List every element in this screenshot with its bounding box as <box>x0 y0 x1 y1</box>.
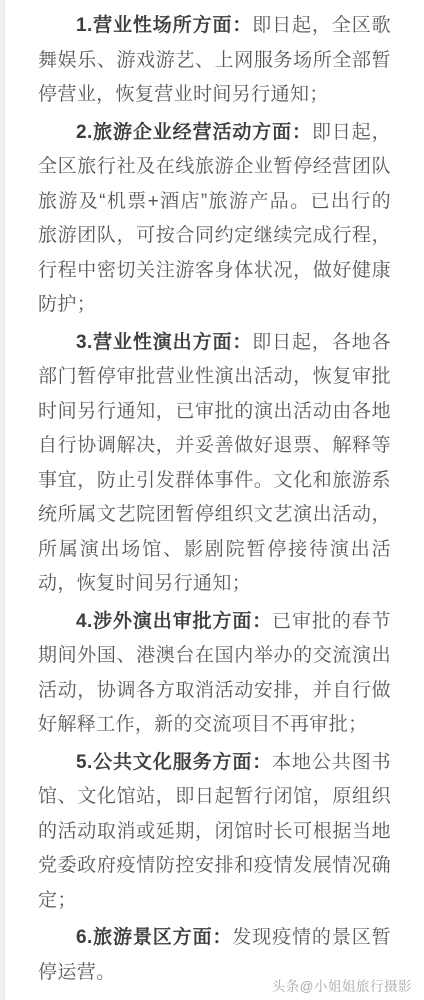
article-body: 1.营业性场所方面：即日起，全区歌舞娱乐、游戏游艺、上网服务场所全部暂停营业，恢… <box>0 0 424 993</box>
paragraph-1-lead: 1.营业性场所方面： <box>76 15 252 36</box>
toutiao-watermark: 头条@小姐姐旅行摄影 <box>272 975 412 995</box>
paragraph-3-lead: 3.营业性演出方面： <box>76 332 252 353</box>
paragraph-5-lead: 5.公共文化服务方面： <box>76 752 272 773</box>
paragraph-3: 3.营业性演出方面：即日起，各地各部门暂停审批营业性演出活动，恢复审批时间另行通… <box>38 326 391 602</box>
paragraph-4-lead: 4.涉外演出审批方面： <box>76 611 272 632</box>
paragraph-6-lead: 6.旅游景区方面： <box>76 927 232 948</box>
paragraph-5-text: 本地公共图书馆、文化馆站，即日起暂行闭馆，原组织的活动取消或延期，闭馆时长可根据… <box>38 752 391 911</box>
paragraph-2-text: 即日起，全区旅行社及在线旅游企业暂停经营团队旅游及“机票+酒店”旅游产品。已出行… <box>38 122 391 316</box>
paragraph-1: 1.营业性场所方面：即日起，全区歌舞娱乐、游戏游艺、上网服务场所全部暂停营业，恢… <box>38 9 391 113</box>
paragraph-3-text: 即日起，各地各部门暂停审批营业性演出活动，恢复审批时间另行通知，已审批的演出活动… <box>38 332 391 595</box>
paragraph-4: 4.涉外演出审批方面：已审批的春节期间外国、港澳台在国内举办的交流演出活动，协调… <box>38 605 391 743</box>
paragraph-2-lead: 2.旅游企业经营活动方面： <box>76 122 312 143</box>
paragraph-5: 5.公共文化服务方面：本地公共图书馆、文化馆站，即日起暂行闭馆，原组织的活动取消… <box>38 746 391 919</box>
paragraph-2: 2.旅游企业经营活动方面：即日起，全区旅行社及在线旅游企业暂停经营团队旅游及“机… <box>38 116 391 323</box>
